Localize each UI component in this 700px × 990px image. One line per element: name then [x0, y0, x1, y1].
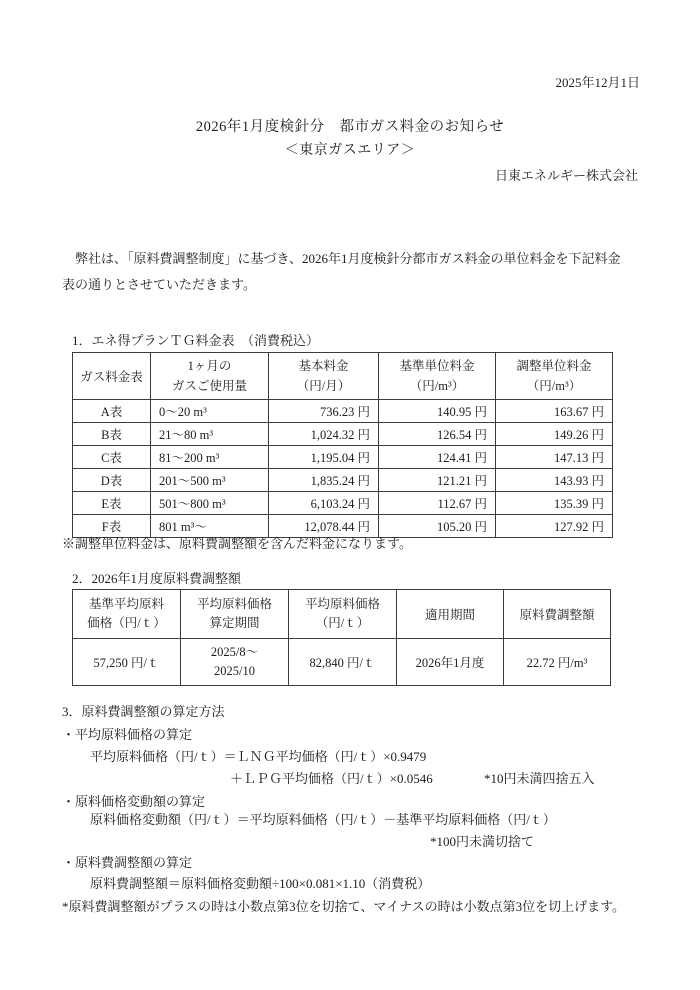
usage-range: 0～20 m³ [151, 400, 269, 423]
adjustment-table-header-row: 基準平均原料 価格（円/ｔ） 平均原料価格 算定期間 平均原料価格 （円/ｔ） … [73, 590, 611, 639]
usage-range: 201～500 m³ [151, 469, 269, 492]
adjusted-unit-rate: 147.13 円 [496, 446, 613, 469]
standard-unit-rate: 121.21 円 [379, 469, 496, 492]
document-subtitle: ＜東京ガスエリア＞ [0, 139, 700, 159]
usage-range: 21～80 m³ [151, 423, 269, 446]
adjustment-amount-value: 22.72 円/m³ [504, 639, 611, 686]
adjusted-unit-rate: 127.92 円 [496, 515, 613, 538]
bullet-price-change-calc: ・原料価格変動額の算定 [62, 791, 205, 810]
intro-paragraph: 弊社は、「原料費調整制度」に基づき、2026年1月度検針分都市ガス料金の単位料金… [62, 246, 642, 298]
rounding-note-10yen: *10円未満四捨五入 [484, 771, 595, 786]
table-row: E表 501～800 m³ 6,103.24 円 112.67 円 135.39… [73, 492, 613, 515]
usage-range: 81～200 m³ [151, 446, 269, 469]
row-label: A表 [73, 400, 151, 423]
adjustment-rounding-footnote: *原料費調整額がプラスの時は小数点第3位を切捨て、マイナスの時は小数点第3位を切… [62, 896, 625, 915]
row-label: B表 [73, 423, 151, 446]
adjusted-unit-rate: 135.39 円 [496, 492, 613, 515]
formula-adjustment: 原料費調整額＝原料価格変動額÷100×0.081×1.10（消費税） [90, 873, 430, 892]
calc-period-value: 2025/8～ 2025/10 [181, 639, 289, 686]
section1-heading: 1．エネ得プランＴＧ料金表 （消費税込） [72, 330, 319, 349]
header-adjustment-amount: 原料費調整額 [504, 590, 611, 639]
adjustment-table-data-row: 57,250 円/ｔ 2025/8～ 2025/10 82,840 円/ｔ 20… [73, 639, 611, 686]
intro-line-2: 表の通りとさせていただきます。 [62, 272, 642, 298]
gas-rate-table-header-row: ガス料金表 1ヶ月の ガスご使用量 基本料金 （円/月） 基準単位料金 （円/m… [73, 353, 613, 400]
formula-avg-price-lpg-term: ＋ＬＰＧ平均価格（円/ｔ）×0.0546 [230, 771, 433, 786]
base-charge: 1,195.04 円 [269, 446, 379, 469]
adjusted-unit-rate: 149.26 円 [496, 423, 613, 446]
header-base-avg-price: 基準平均原料 価格（円/ｔ） [73, 590, 181, 639]
row-label: E表 [73, 492, 151, 515]
formula-price-change: 原料価格変動額（円/ｔ）＝平均原料価格（円/ｔ）－基準平均原料価格（円/ｔ） [90, 809, 556, 828]
header-apply-period: 適用期間 [397, 590, 504, 639]
adjusted-unit-rate: 163.67 円 [496, 400, 613, 423]
table-row: D表 201～500 m³ 1,835.24 円 121.21 円 143.93… [73, 469, 613, 492]
adjustment-table: 基準平均原料 価格（円/ｔ） 平均原料価格 算定期間 平均原料価格 （円/ｔ） … [72, 589, 611, 686]
header-rate-table: ガス料金表 [73, 353, 151, 400]
header-base-charge: 基本料金 （円/月） [269, 353, 379, 400]
rate-table-note: ※調整単位料金は、原料費調整額を含んだ料金になります。 [62, 533, 412, 552]
bullet-adjustment-calc: ・原料費調整額の算定 [62, 852, 192, 871]
intro-line-1: 弊社は、「原料費調整制度」に基づき、2026年1月度検針分都市ガス料金の単位料金… [62, 246, 642, 272]
standard-unit-rate: 126.54 円 [379, 423, 496, 446]
base-charge: 1,024.32 円 [269, 423, 379, 446]
header-adjusted-unit-rate: 調整単位料金 （円/m³） [496, 353, 613, 400]
adjusted-unit-rate: 143.93 円 [496, 469, 613, 492]
header-standard-unit-rate: 基準単位料金 （円/m³） [379, 353, 496, 400]
row-label: C表 [73, 446, 151, 469]
table-row: C表 81～200 m³ 1,195.04 円 124.41 円 147.13 … [73, 446, 613, 469]
section2-heading: 2．2026年1月度原料費調整額 [72, 568, 241, 587]
standard-unit-rate: 140.95 円 [379, 400, 496, 423]
document-page: 2025年12月1日 2026年1月度検針分 都市ガス料金のお知らせ ＜東京ガス… [0, 0, 700, 990]
rounding-note-100yen: *100円未満切捨て [430, 831, 534, 850]
formula-avg-price-line2: ＋ＬＰＧ平均価格（円/ｔ）×0.0546 *10円未満四捨五入 [230, 768, 594, 787]
bullet-avg-price-calc: ・平均原料価格の算定 [62, 724, 192, 743]
table-row: B表 21～80 m³ 1,024.32 円 126.54 円 149.26 円 [73, 423, 613, 446]
base-charge: 1,835.24 円 [269, 469, 379, 492]
section3-heading: 3．原料費調整額の算定方法 [62, 701, 225, 720]
header-avg-price: 平均原料価格 （円/ｔ） [289, 590, 397, 639]
document-title: 2026年1月度検針分 都市ガス料金のお知らせ [0, 115, 700, 136]
standard-unit-rate: 124.41 円 [379, 446, 496, 469]
table-row: A表 0～20 m³ 736.23 円 140.95 円 163.67 円 [73, 400, 613, 423]
document-date: 2025年12月1日 [0, 72, 640, 91]
usage-range: 501～800 m³ [151, 492, 269, 515]
header-monthly-usage: 1ヶ月の ガスご使用量 [151, 353, 269, 400]
formula-avg-price-line1: 平均原料価格（円/ｔ）＝ＬＮＧ平均価格（円/ｔ）×0.9479 [90, 746, 426, 765]
base-avg-price-value: 57,250 円/ｔ [73, 639, 181, 686]
header-calc-period: 平均原料価格 算定期間 [181, 590, 289, 639]
avg-price-value: 82,840 円/ｔ [289, 639, 397, 686]
row-label: D表 [73, 469, 151, 492]
standard-unit-rate: 112.67 円 [379, 492, 496, 515]
apply-period-value: 2026年1月度 [397, 639, 504, 686]
company-name: 日東エネルギー株式会社 [0, 165, 638, 184]
gas-rate-table: ガス料金表 1ヶ月の ガスご使用量 基本料金 （円/月） 基準単位料金 （円/m… [72, 352, 613, 538]
base-charge: 736.23 円 [269, 400, 379, 423]
base-charge: 6,103.24 円 [269, 492, 379, 515]
